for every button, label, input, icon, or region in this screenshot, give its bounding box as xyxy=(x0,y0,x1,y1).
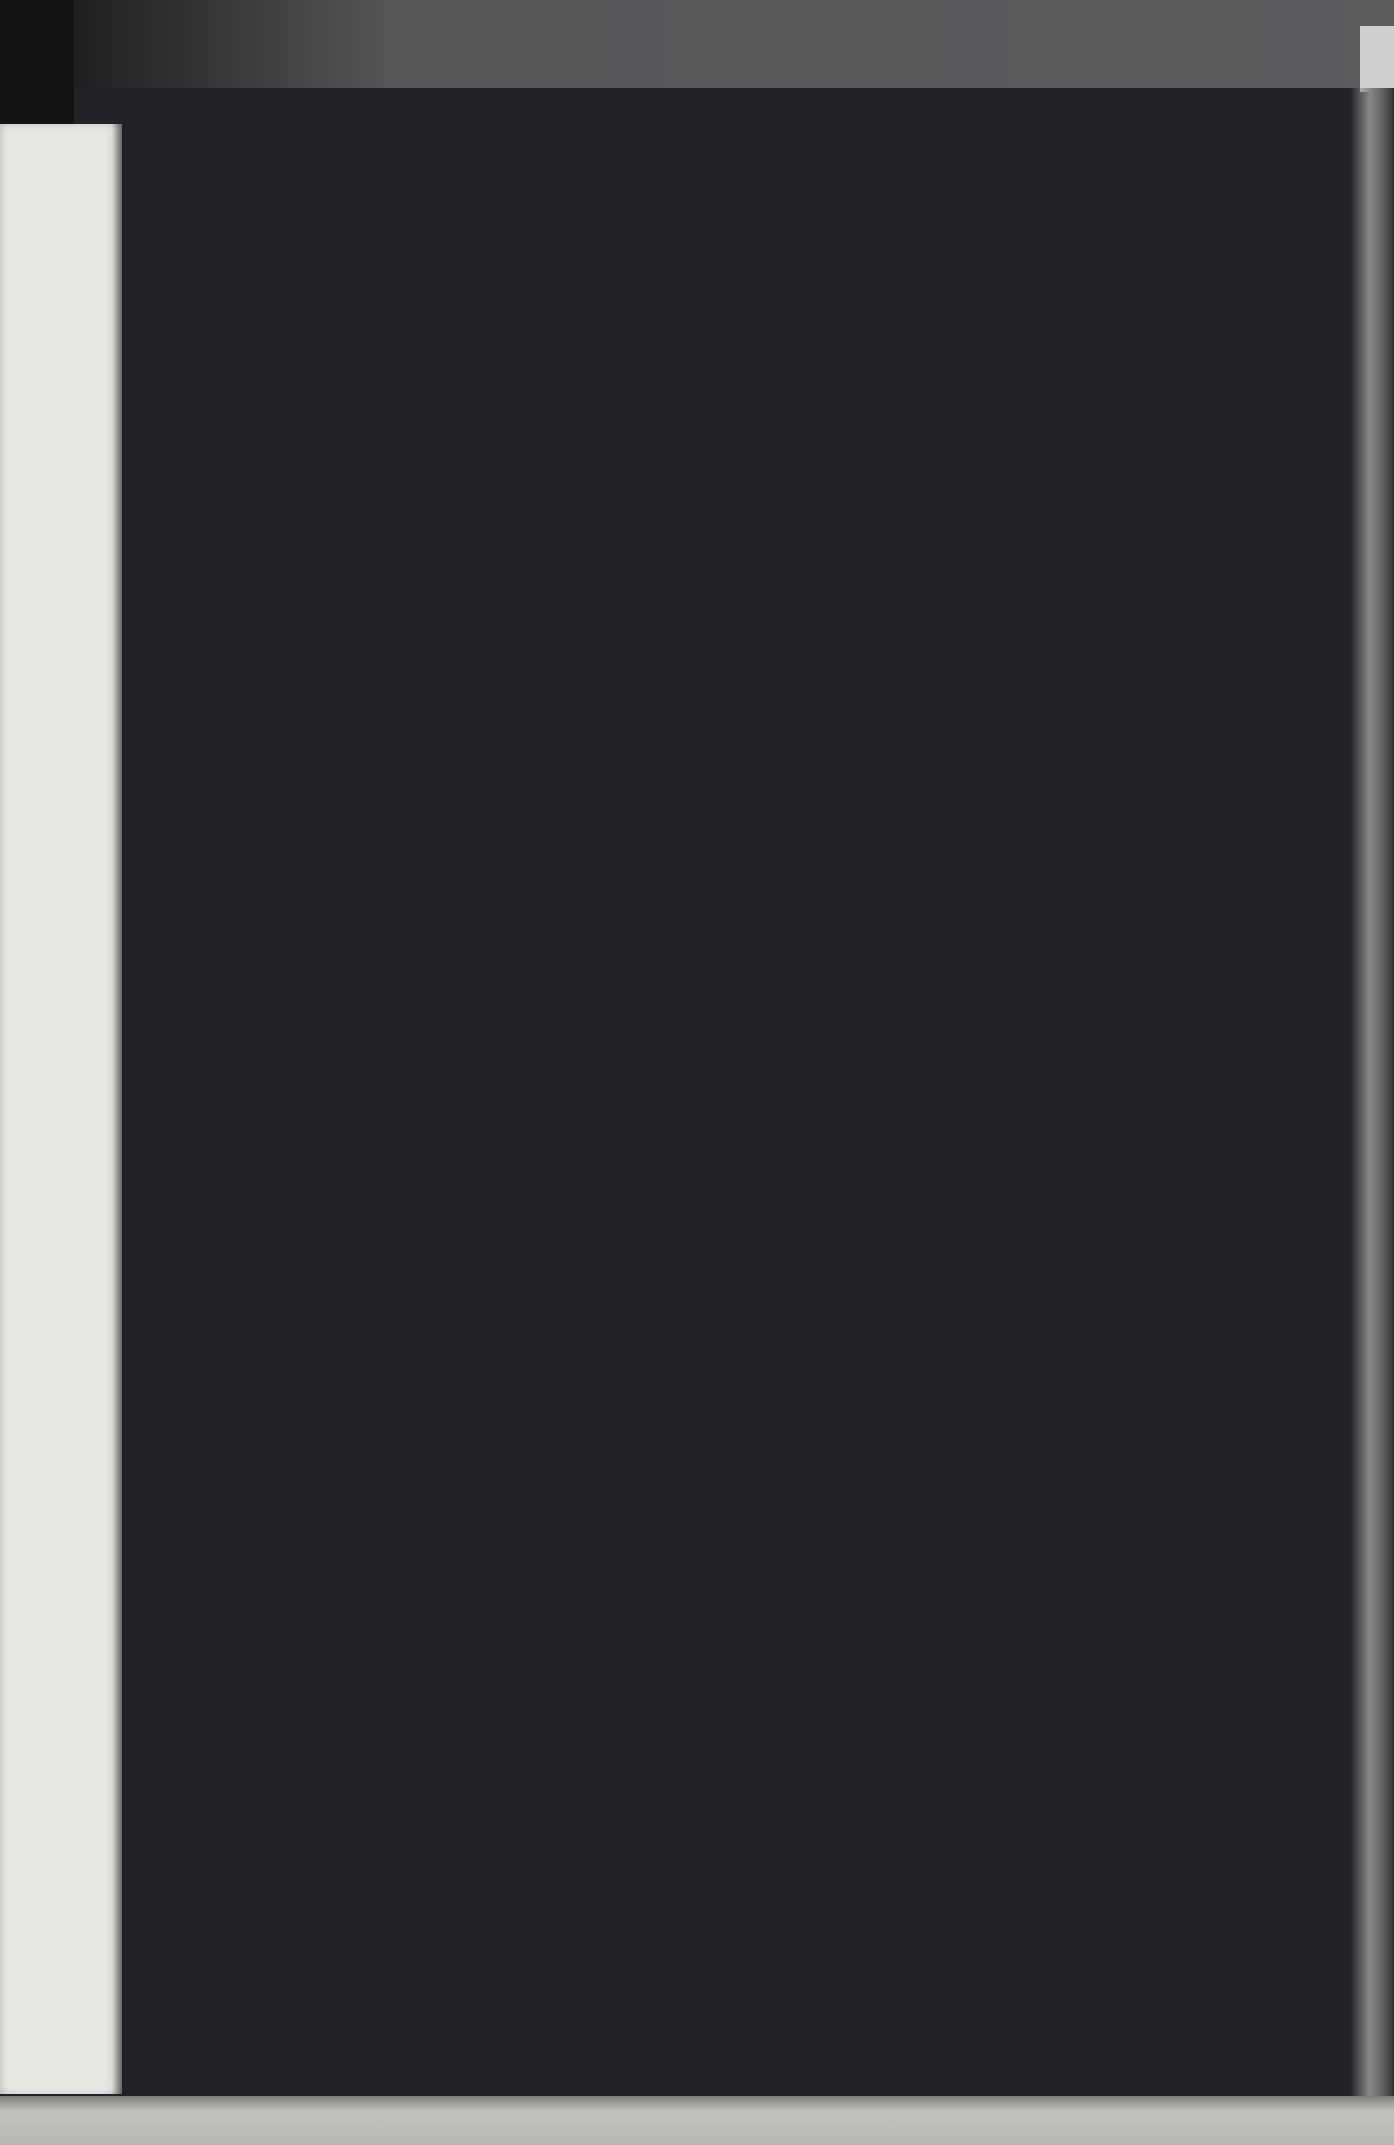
photographed-manuscript-page xyxy=(0,0,1394,2145)
manuscript-page-scene xyxy=(0,0,1394,2145)
